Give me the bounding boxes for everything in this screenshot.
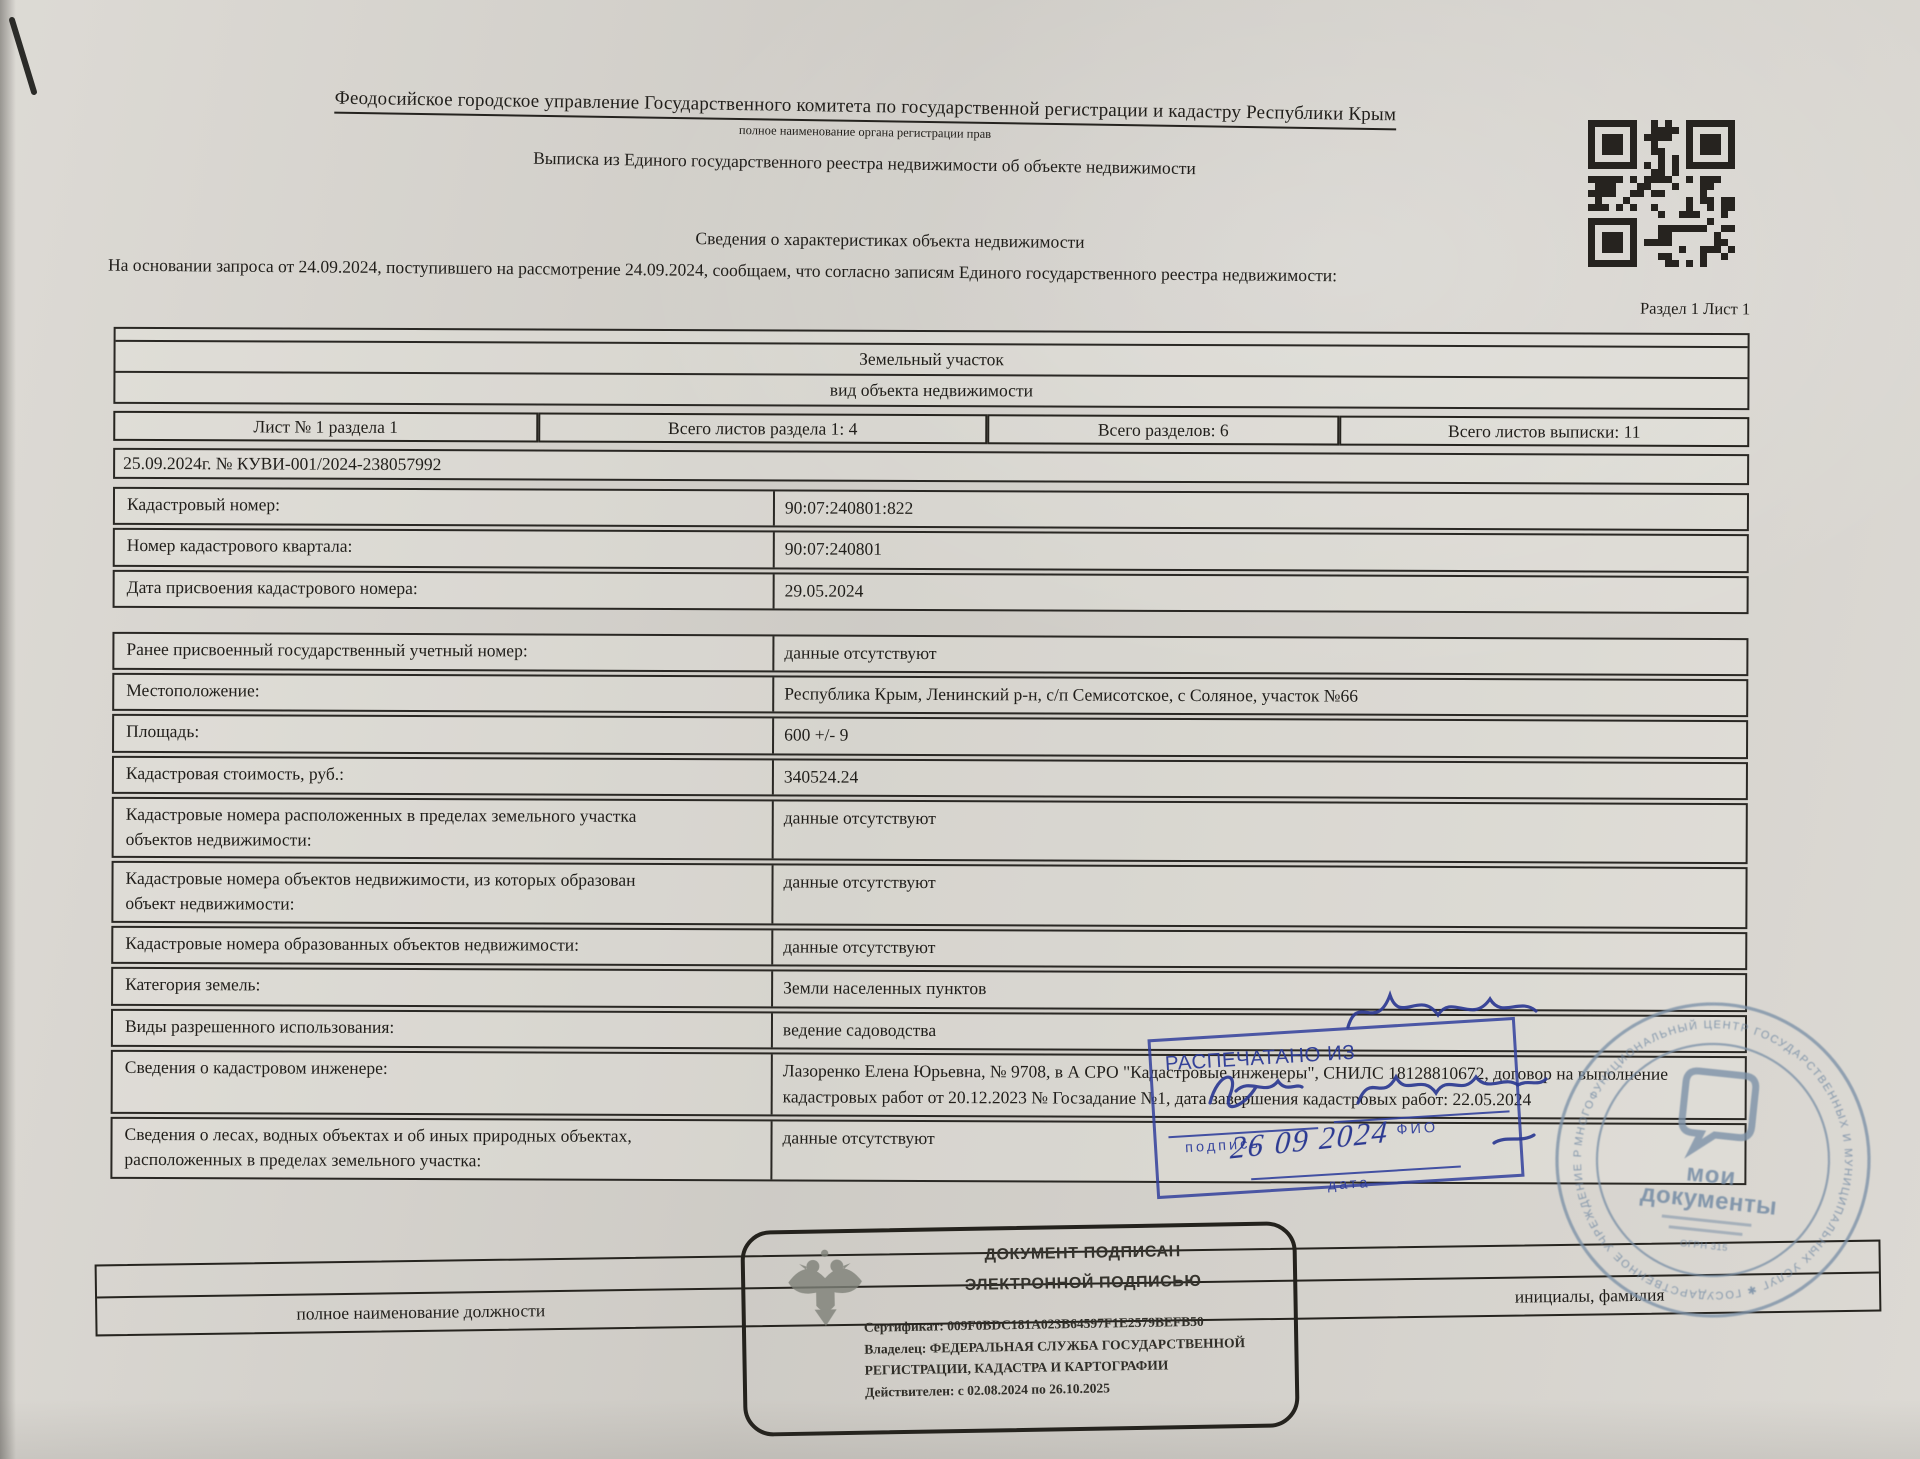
document-title: Выписка из Единого государственного реес… [149,142,1579,185]
fio-label: ФИО [1396,1120,1439,1139]
sheet-cell: Всего разделов: 6 [987,414,1339,445]
table-row: Кадастровые номера объектов недвижимости… [111,861,1747,929]
date-label: дата [1327,1175,1371,1194]
row-label: Дата присвоения кадастрового номера: [127,574,672,601]
pen-mark [4,14,48,100]
object-type-caption: вид объекта недвижимости [115,373,1747,408]
row-value: Республика Крым, Ленинский р-н, с/п Семи… [772,677,1746,715]
stamp-title: РАСПЕЧАТАНО ИЗ [1164,1041,1356,1077]
row-label: Сведения о лесах, водных объектах и об и… [124,1122,669,1174]
object-type-table: Земельный участок вид объекта недвижимос… [113,327,1749,410]
signed-line1: ДОКУМЕНТ ПОДПИСАН [885,1241,1281,1266]
row-label: Сведения о кадастровом инженере: [125,1055,670,1082]
table-row: Кадастровый номер: 90:07:240801:822 [113,487,1749,532]
table-row: Кадастровые номера расположенных в преде… [112,797,1748,865]
row-label: Кадастровые номера расположенных в преде… [126,802,671,854]
row-label: Площадь: [126,719,671,746]
row-label: Виды разрешенного использования: [125,1014,670,1041]
request-line: На основании запроса от 24.09.2024, пост… [108,255,1808,291]
table-row: Местоположение: Республика Крым, Ленинск… [112,673,1748,718]
row-label: Категория земель: [125,972,670,999]
row-value: 90:07:240801:822 [773,491,1747,529]
row-label: Кадастровый номер: [127,492,672,519]
coat-of-arms-icon [778,1239,872,1337]
table-row: Площадь: 600 +/- 9 [112,714,1748,759]
sheet-cell: Всего листов раздела 1: 4 [538,412,987,444]
cadastral-table: Кадастровый номер: 90:07:240801:822 Номе… [113,487,1749,614]
table-row: Категория земель: Земли населенных пункт… [111,967,1747,1012]
stamp-ogrn: ОГРН 315 [1679,1238,1728,1254]
sheet-counters-row: Лист № 1 раздела 1 Всего листов раздела … [113,411,1749,447]
document-scan: Феодосийское городское управление Госуда… [0,0,1920,1459]
section-title: Сведения о характеристиках объекта недви… [0,221,1780,259]
qr-code-icon [1588,120,1738,272]
row-label: Ранее присвоенный государственный учетны… [126,637,671,664]
row-value: данные отсутствуют [772,636,1746,674]
row-value: 600 +/- 9 [772,719,1746,757]
section-sheet-label: Раздел 1 Лист 1 [1640,299,1750,320]
stamp-center-line2: документы [1639,1180,1778,1221]
document-header: Феодосийское городское управление Госуда… [149,85,1580,185]
sheet-cell: Всего листов выписки: 11 [1339,416,1749,448]
row-value: 90:07:240801 [773,533,1747,571]
signed-line2: ЭЛЕКТРОННОЙ ПОДПИСЬЮ [885,1271,1281,1296]
row-label: Кадастровые номера образованных объектов… [125,931,670,958]
row-value: 29.05.2024 [773,574,1747,612]
mfc-round-stamp: МНОГОФУНКЦИОНАЛЬНЫЙ ЦЕНТР ГОСУДАРСТВЕННЫ… [1532,979,1895,1342]
table-row: Ранее присвоенный государственный учетны… [112,632,1748,677]
mfc-logo-icon [1679,1070,1757,1155]
row-value: 340524.24 [772,760,1746,798]
table-row: Кадастровые номера образованных объектов… [111,926,1747,971]
row-label: Кадастровые номера объектов недвижимости… [125,866,670,918]
row-label: Номер кадастрового квартала: [127,533,672,560]
table-row: Дата присвоения кадастрового номера: 29.… [113,569,1749,614]
position-label: полное наименование должности [97,1297,744,1327]
owner-line: Владелец: ФЕДЕРАЛЬНАЯ СЛУЖБА ГОСУДАРСТВЕ… [864,1331,1279,1381]
row-label: Местоположение: [126,678,671,705]
row-label: Кадастровая стоимость, руб.: [126,760,671,787]
table-row: Номер кадастрового квартала: 90:07:24080… [113,528,1749,573]
row-value: данные отсутствуют [771,931,1745,969]
row-value: данные отсутствуют [771,866,1745,927]
table-row: Кадастровая стоимость, руб.: 340524.24 [112,755,1748,800]
sheet-cell: Лист № 1 раздела 1 [113,411,538,443]
digital-signature-box: ДОКУМЕНТ ПОДПИСАН ЭЛЕКТРОННОЙ ПОДПИСЬЮ С… [740,1221,1300,1437]
printed-from-stamp: РАСПЕЧАТАНО ИЗ подпись ФИО дата [1147,1017,1524,1199]
row-value: данные отсутствуют [772,801,1746,862]
